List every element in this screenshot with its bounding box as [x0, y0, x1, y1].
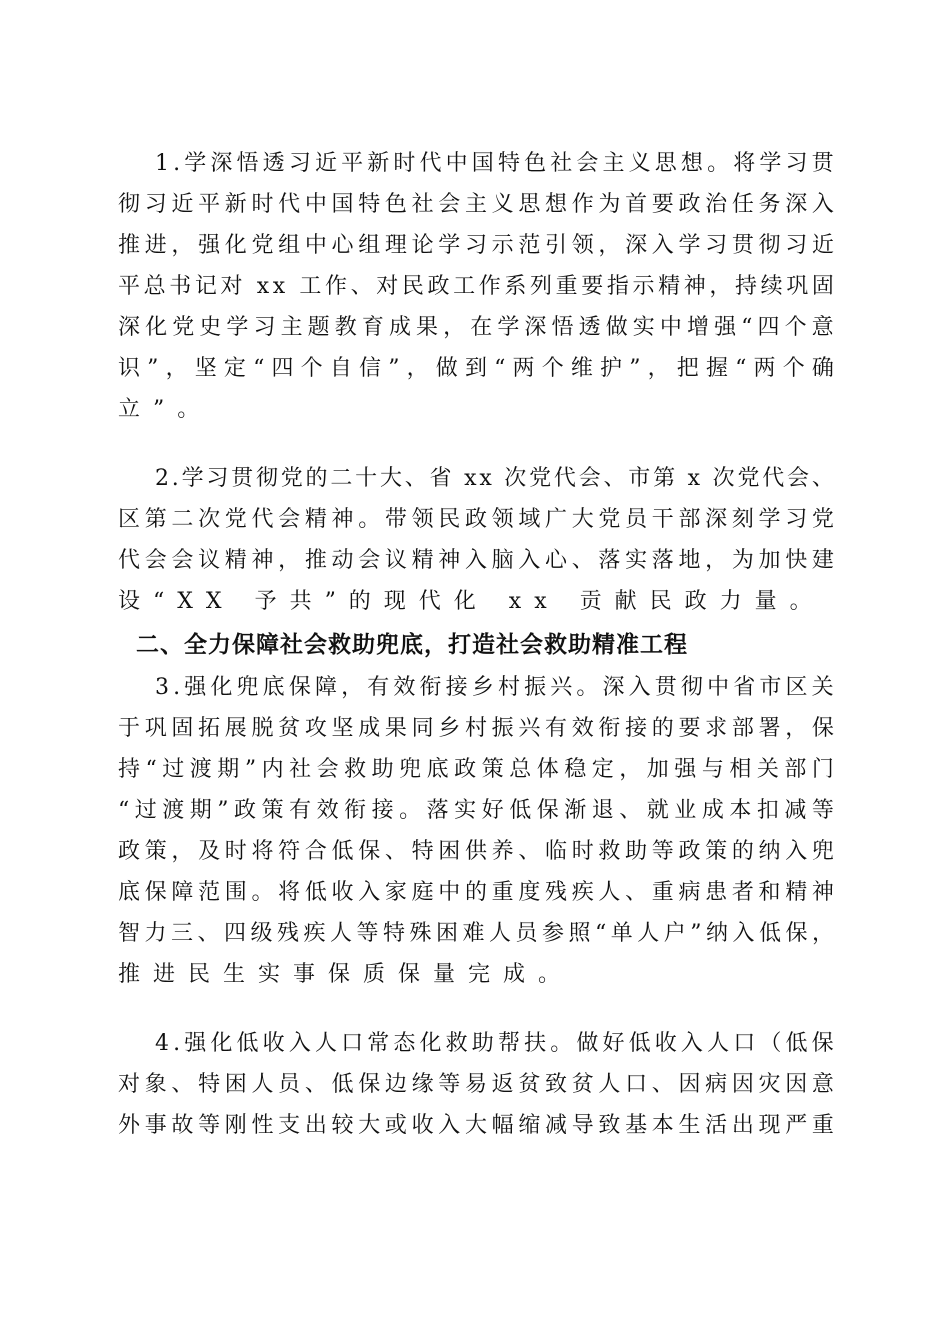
glyph: 确	[812, 348, 834, 389]
glyph: 党	[281, 458, 303, 499]
glyph: 人	[251, 1064, 273, 1105]
glyph: x	[464, 458, 476, 499]
glyph: 习	[785, 143, 807, 184]
glyph: 事	[145, 1105, 167, 1146]
glyph: 会	[787, 458, 809, 499]
glyph: 工	[299, 266, 321, 307]
glyph: 落	[652, 540, 674, 581]
glyph: 第	[145, 499, 167, 540]
glyph: 化	[145, 307, 167, 348]
glyph: 握	[706, 348, 728, 389]
glyph: 有	[367, 667, 389, 708]
glyph: 习	[145, 184, 167, 225]
glyph: 振	[492, 708, 514, 749]
glyph: 彻	[759, 225, 781, 266]
glyph: 外	[118, 1105, 140, 1146]
glyph: 四	[757, 307, 779, 348]
text-line: 对象、特困人员、低保边缘等易返贫致贫人口、因病因灾因意	[118, 1064, 834, 1105]
glyph: 合	[305, 831, 327, 872]
text-line: 3.强化兜底保障，有效衔接乡村振兴。深入贯彻中省市区关	[118, 667, 834, 708]
glyph: 态	[393, 1023, 415, 1064]
glyph: 深	[603, 667, 625, 708]
glyph: 幅	[492, 1105, 514, 1146]
glyph: 习	[705, 225, 727, 266]
glyph: 到	[465, 348, 487, 389]
glyph: 员	[516, 913, 538, 954]
glyph: 出	[305, 1105, 327, 1146]
glyph: 系	[504, 266, 526, 307]
glyph: “	[595, 913, 606, 954]
glyph: 较	[332, 1105, 354, 1146]
glyph: 级	[251, 913, 273, 954]
glyph: 主	[281, 307, 303, 348]
text-line: 外事故等刚性支出较大或收入大幅缩减导致基本生活出现严重	[118, 1105, 834, 1146]
glyph: 低	[785, 1023, 807, 1064]
glyph: 特	[198, 1064, 220, 1105]
glyph: 特	[383, 913, 405, 954]
glyph: 理	[385, 225, 407, 266]
glyph: 议	[385, 540, 407, 581]
glyph: 范	[198, 872, 220, 913]
glyph: 、	[652, 1064, 674, 1105]
glyph: 巩	[145, 708, 167, 749]
glyph: 定	[592, 749, 614, 790]
glyph: 彻	[256, 458, 278, 499]
glyph: 与	[702, 749, 724, 790]
glyph: ，	[443, 307, 465, 348]
glyph: 围	[225, 872, 247, 913]
glyph: 巩	[786, 266, 808, 307]
glyph: 1	[155, 143, 169, 184]
glyph: 单	[611, 913, 633, 954]
glyph: 贫	[278, 708, 300, 749]
glyph: 议	[198, 540, 220, 581]
glyph: 低	[332, 831, 354, 872]
glyph: 组	[358, 225, 380, 266]
text-line: 设“XX 予共”的现代化 xx 贡献民政力量。	[118, 581, 834, 622]
glyph: 精	[225, 540, 247, 581]
glyph: 近	[812, 225, 834, 266]
glyph: 在	[470, 307, 492, 348]
glyph: 障	[171, 872, 193, 913]
glyph: ”	[245, 749, 256, 790]
glyph: 等	[438, 1064, 460, 1105]
glyph: 部	[678, 499, 700, 540]
glyph: 党	[812, 499, 834, 540]
glyph: 国	[332, 184, 354, 225]
glyph: 代	[251, 499, 273, 540]
glyph: 护	[600, 348, 622, 389]
glyph: 兴	[550, 667, 572, 708]
glyph: 平	[341, 143, 363, 184]
glyph: 强	[184, 667, 206, 708]
glyph: 任	[732, 184, 754, 225]
glyph: 致	[545, 1064, 567, 1105]
glyph: 治	[705, 184, 727, 225]
glyph: 列	[530, 266, 552, 307]
glyph: 作	[325, 266, 347, 307]
text-line: 识”，坚定“四个自信”，做到“两个维护”，把握“两个确	[118, 348, 834, 389]
glyph: 故	[171, 1105, 193, 1146]
glyph: 将	[251, 831, 273, 872]
glyph: 进	[145, 225, 167, 266]
glyph: 员	[625, 499, 647, 540]
glyph: 将	[278, 872, 300, 913]
glyph: 救	[446, 1023, 468, 1064]
glyph: 义	[629, 143, 651, 184]
glyph: 代	[118, 540, 140, 581]
glyph: 等	[652, 831, 674, 872]
glyph: 领	[572, 225, 594, 266]
glyph: 神	[438, 540, 460, 581]
glyph: 彻	[118, 184, 140, 225]
glyph: 攻	[305, 708, 327, 749]
glyph: 党	[598, 499, 620, 540]
glyph: 中	[446, 143, 468, 184]
glyph: 学	[438, 225, 460, 266]
glyph: 扶	[524, 1023, 546, 1064]
glyph: 乡	[438, 708, 460, 749]
glyph	[454, 458, 461, 499]
glyph: 重	[492, 872, 514, 913]
glyph: 效	[393, 667, 415, 708]
glyph: 示	[492, 225, 514, 266]
glyph: 总	[509, 749, 531, 790]
glyph: 生	[678, 1105, 700, 1146]
glyph: 政	[454, 749, 476, 790]
glyph: 展	[225, 708, 247, 749]
glyph: ，	[598, 225, 620, 266]
glyph: 透	[263, 143, 285, 184]
glyph: 人	[489, 913, 511, 954]
glyph: 接	[625, 708, 647, 749]
glyph: 十	[355, 458, 377, 499]
glyph: 中	[660, 307, 682, 348]
glyph: 的	[306, 458, 328, 499]
glyph: 纳	[759, 831, 781, 872]
glyph: 论	[412, 225, 434, 266]
glyph: 保	[145, 872, 167, 913]
glyph: 要	[678, 708, 700, 749]
glyph: 贯	[655, 667, 677, 708]
paragraph-3: 3.强化兜底保障，有效衔接乡村振兴。深入贯彻中省市区关 于巩固拓展脱贫攻坚成果同…	[118, 667, 834, 995]
glyph: 减	[784, 790, 806, 831]
glyph: 记	[195, 266, 217, 307]
glyph: 脱	[251, 708, 273, 749]
glyph: 疾	[304, 913, 326, 954]
glyph: 或	[385, 1105, 407, 1146]
glyph: x	[273, 266, 285, 307]
glyph: x	[479, 458, 491, 499]
glyph: .	[173, 667, 180, 708]
glyph: 、	[812, 458, 834, 499]
glyph: 把	[677, 348, 699, 389]
glyph: 政	[678, 184, 700, 225]
glyph: 习	[465, 225, 487, 266]
glyph: 精	[785, 872, 807, 913]
glyph: 、	[518, 831, 540, 872]
glyph: 过	[162, 749, 184, 790]
glyph: 收	[412, 1105, 434, 1146]
glyph: 书	[169, 266, 191, 307]
glyph: ”	[690, 913, 701, 954]
glyph: 重	[652, 872, 674, 913]
glyph: 成	[702, 790, 724, 831]
glyph: 透	[579, 307, 601, 348]
glyph: 学	[184, 143, 206, 184]
glyph: 救	[344, 749, 366, 790]
glyph: 增	[687, 307, 709, 348]
glyph: 参	[542, 913, 564, 954]
glyph: 思	[655, 143, 677, 184]
text-line: 推进民生实事保质保量完成。	[118, 954, 834, 995]
glyph: 入	[681, 1023, 703, 1064]
glyph: 活	[705, 1105, 727, 1146]
glyph: 口	[341, 1023, 363, 1064]
glyph: 兜	[237, 667, 259, 708]
glyph: 支	[278, 1105, 300, 1146]
text-line: 底保障范围。将低收入家庭中的重度残疾人、重病患者和精神	[118, 872, 834, 913]
glyph: 人	[315, 1023, 337, 1064]
glyph: 人	[330, 913, 352, 954]
glyph: 符	[278, 831, 300, 872]
glyph: 会	[579, 458, 601, 499]
text-line: 推进，强化党组中心组理论学习示范引领，深入学习贯彻习近	[118, 225, 834, 266]
glyph: 衔	[344, 790, 366, 831]
glyph: 史	[199, 307, 221, 348]
glyph: 新	[225, 184, 247, 225]
glyph: 固	[171, 708, 193, 749]
glyph: 定	[224, 348, 246, 389]
glyph: 代	[278, 184, 300, 225]
glyph: 民	[402, 266, 424, 307]
glyph: .	[172, 458, 179, 499]
glyph: 党	[225, 499, 247, 540]
glyph: 民	[438, 499, 460, 540]
glyph: 续	[761, 266, 783, 307]
glyph: 时	[251, 184, 273, 225]
glyph: 好	[603, 1023, 625, 1064]
glyph: 2	[155, 458, 169, 499]
glyph	[289, 266, 296, 307]
glyph: 育	[362, 307, 384, 348]
glyph: 时	[572, 831, 594, 872]
glyph: 深	[524, 307, 546, 348]
glyph: 业	[674, 790, 696, 831]
glyph: 干	[652, 499, 674, 540]
glyph: 重	[556, 266, 578, 307]
glyph: 中	[438, 872, 460, 913]
glyph: 难	[463, 913, 485, 954]
glyph: 困	[436, 913, 458, 954]
glyph: ，	[705, 540, 727, 581]
glyph: 兜	[812, 831, 834, 872]
glyph: 口	[733, 1023, 755, 1064]
glyph: 残	[545, 872, 567, 913]
paragraph-spacing	[118, 430, 834, 458]
glyph: 二	[171, 499, 193, 540]
glyph: 持	[118, 749, 140, 790]
glyph: 个	[783, 348, 805, 389]
glyph: 贯	[732, 225, 754, 266]
glyph: 党	[529, 458, 551, 499]
glyph: 4	[155, 1023, 169, 1064]
glyph: 重	[812, 1105, 834, 1146]
glyph: 主	[465, 184, 487, 225]
glyph: 化	[225, 225, 247, 266]
glyph: 对	[376, 266, 398, 307]
glyph: 、	[305, 1064, 327, 1105]
glyph: 习	[206, 458, 228, 499]
glyph: ，	[648, 348, 670, 389]
glyph: 、	[385, 831, 407, 872]
glyph: 精	[412, 540, 434, 581]
glyph: 底	[427, 749, 449, 790]
glyph: 低	[759, 913, 781, 954]
glyph: 次	[504, 458, 526, 499]
glyph: 将	[733, 143, 755, 184]
glyph: 平	[118, 266, 140, 307]
paragraph-4: 4.强化低收入人口常态化救助帮扶。做好低收入人口（低保 对象、特困人员、低保边缘…	[118, 1023, 834, 1146]
glyph: 乡	[472, 667, 494, 708]
text-line: 政策，及时将符合低保、特困供养、临时救助等政策的纳入兜	[118, 831, 834, 872]
glyph: ，	[278, 540, 300, 581]
glyph: 化	[420, 1023, 442, 1064]
glyph: 会	[438, 184, 460, 225]
glyph: 推	[305, 540, 327, 581]
glyph: 员	[278, 1064, 300, 1105]
glyph: 会	[317, 749, 339, 790]
glyph: 会	[171, 540, 193, 581]
glyph: 指	[607, 266, 629, 307]
glyph: 返	[492, 1064, 514, 1105]
glyph: “	[494, 348, 505, 389]
glyph: 两	[513, 348, 535, 389]
glyph: 因	[732, 1064, 754, 1105]
text-line: 区第二次党代会精神。带领民政领域广大党员干部深刻学习党	[118, 499, 834, 540]
glyph: 中	[707, 667, 729, 708]
glyph: 特	[498, 143, 520, 184]
glyph: 困	[438, 831, 460, 872]
glyph: 会	[278, 499, 300, 540]
glyph: 出	[732, 1105, 754, 1146]
glyph: 特	[412, 831, 434, 872]
glyph: 严	[785, 1105, 807, 1146]
glyph: 效	[572, 708, 594, 749]
glyph: 帮	[498, 1023, 520, 1064]
glyph: 四	[272, 348, 294, 389]
glyph: 保	[358, 831, 380, 872]
glyph: 个	[785, 307, 807, 348]
glyph: ，	[812, 913, 834, 954]
glyph: 因	[785, 1064, 807, 1105]
glyph: 落	[598, 540, 620, 581]
glyph: 口	[625, 1064, 647, 1105]
glyph: 入	[289, 1023, 311, 1064]
glyph: 助	[625, 831, 647, 872]
glyph	[495, 458, 502, 499]
glyph: 养	[492, 831, 514, 872]
glyph: 和	[759, 872, 781, 913]
glyph: 门	[812, 749, 834, 790]
glyph: 等	[357, 913, 379, 954]
glyph: 深	[625, 225, 647, 266]
glyph: 低	[305, 872, 327, 913]
glyph: 户	[664, 913, 686, 954]
glyph: 拓	[198, 708, 220, 749]
glyph: 、	[405, 458, 427, 499]
glyph: 时	[393, 143, 415, 184]
glyph: 导	[572, 1105, 594, 1146]
glyph: 识	[118, 348, 140, 389]
glyph: 保	[289, 667, 311, 708]
glyph: 兜	[399, 749, 421, 790]
glyph: 区	[785, 667, 807, 708]
text-line: 4.强化低收入人口常态化救助帮扶。做好低收入人口（低保	[118, 1023, 834, 1064]
glyph: 接	[372, 790, 394, 831]
text-line: 代会会议精神，推动会议精神入脑入心、落实落地，为加快建	[118, 540, 834, 581]
glyph: 助	[372, 749, 394, 790]
glyph: 学	[226, 307, 248, 348]
glyph: 二	[330, 458, 352, 499]
glyph: 救	[598, 831, 620, 872]
glyph: 政	[465, 499, 487, 540]
glyph: “	[253, 348, 264, 389]
glyph: 。	[576, 667, 598, 708]
glyph: ，	[407, 348, 429, 389]
glyph: 习	[253, 307, 275, 348]
glyph: 强	[714, 307, 736, 348]
glyph: 的	[652, 708, 674, 749]
glyph: .	[173, 143, 180, 184]
text-line: 平总书记对 xx 工作、对民政工作系列重要指示精神，持续巩固	[118, 266, 834, 307]
glyph: 作	[479, 266, 501, 307]
glyph: 智	[118, 913, 140, 954]
paragraph-spacing	[118, 995, 834, 1023]
glyph: 党	[251, 225, 273, 266]
glyph: ”	[147, 348, 158, 389]
glyph: 平	[198, 184, 220, 225]
glyph: 保	[812, 1023, 834, 1064]
glyph: 做	[606, 307, 628, 348]
glyph: 保	[358, 1064, 380, 1105]
glyph: 的	[465, 872, 487, 913]
text-line: “过渡期”政策有效衔接。落实好低保渐退、就业成本扣减等	[118, 790, 834, 831]
glyph: 。	[707, 143, 729, 184]
glyph: 入	[518, 540, 540, 581]
glyph: 底	[263, 667, 285, 708]
glyph: 助	[472, 1023, 494, 1064]
glyph: 心	[332, 225, 354, 266]
glyph: 大	[380, 458, 402, 499]
glyph: x	[688, 458, 700, 499]
glyph: 、	[198, 913, 220, 954]
glyph: 主	[603, 143, 625, 184]
glyph: 学	[182, 458, 204, 499]
glyph: 彻	[681, 667, 703, 708]
glyph: 域	[518, 499, 540, 540]
glyph: 引	[545, 225, 567, 266]
glyph: 扣	[757, 790, 779, 831]
glyph: 策	[145, 831, 167, 872]
glyph: 衔	[420, 667, 442, 708]
glyph: 残	[277, 913, 299, 954]
glyph: 纳	[706, 913, 728, 954]
glyph: 意	[812, 1064, 834, 1105]
glyph: 的	[732, 831, 754, 872]
glyph: 对	[221, 266, 243, 307]
glyph	[678, 458, 685, 499]
